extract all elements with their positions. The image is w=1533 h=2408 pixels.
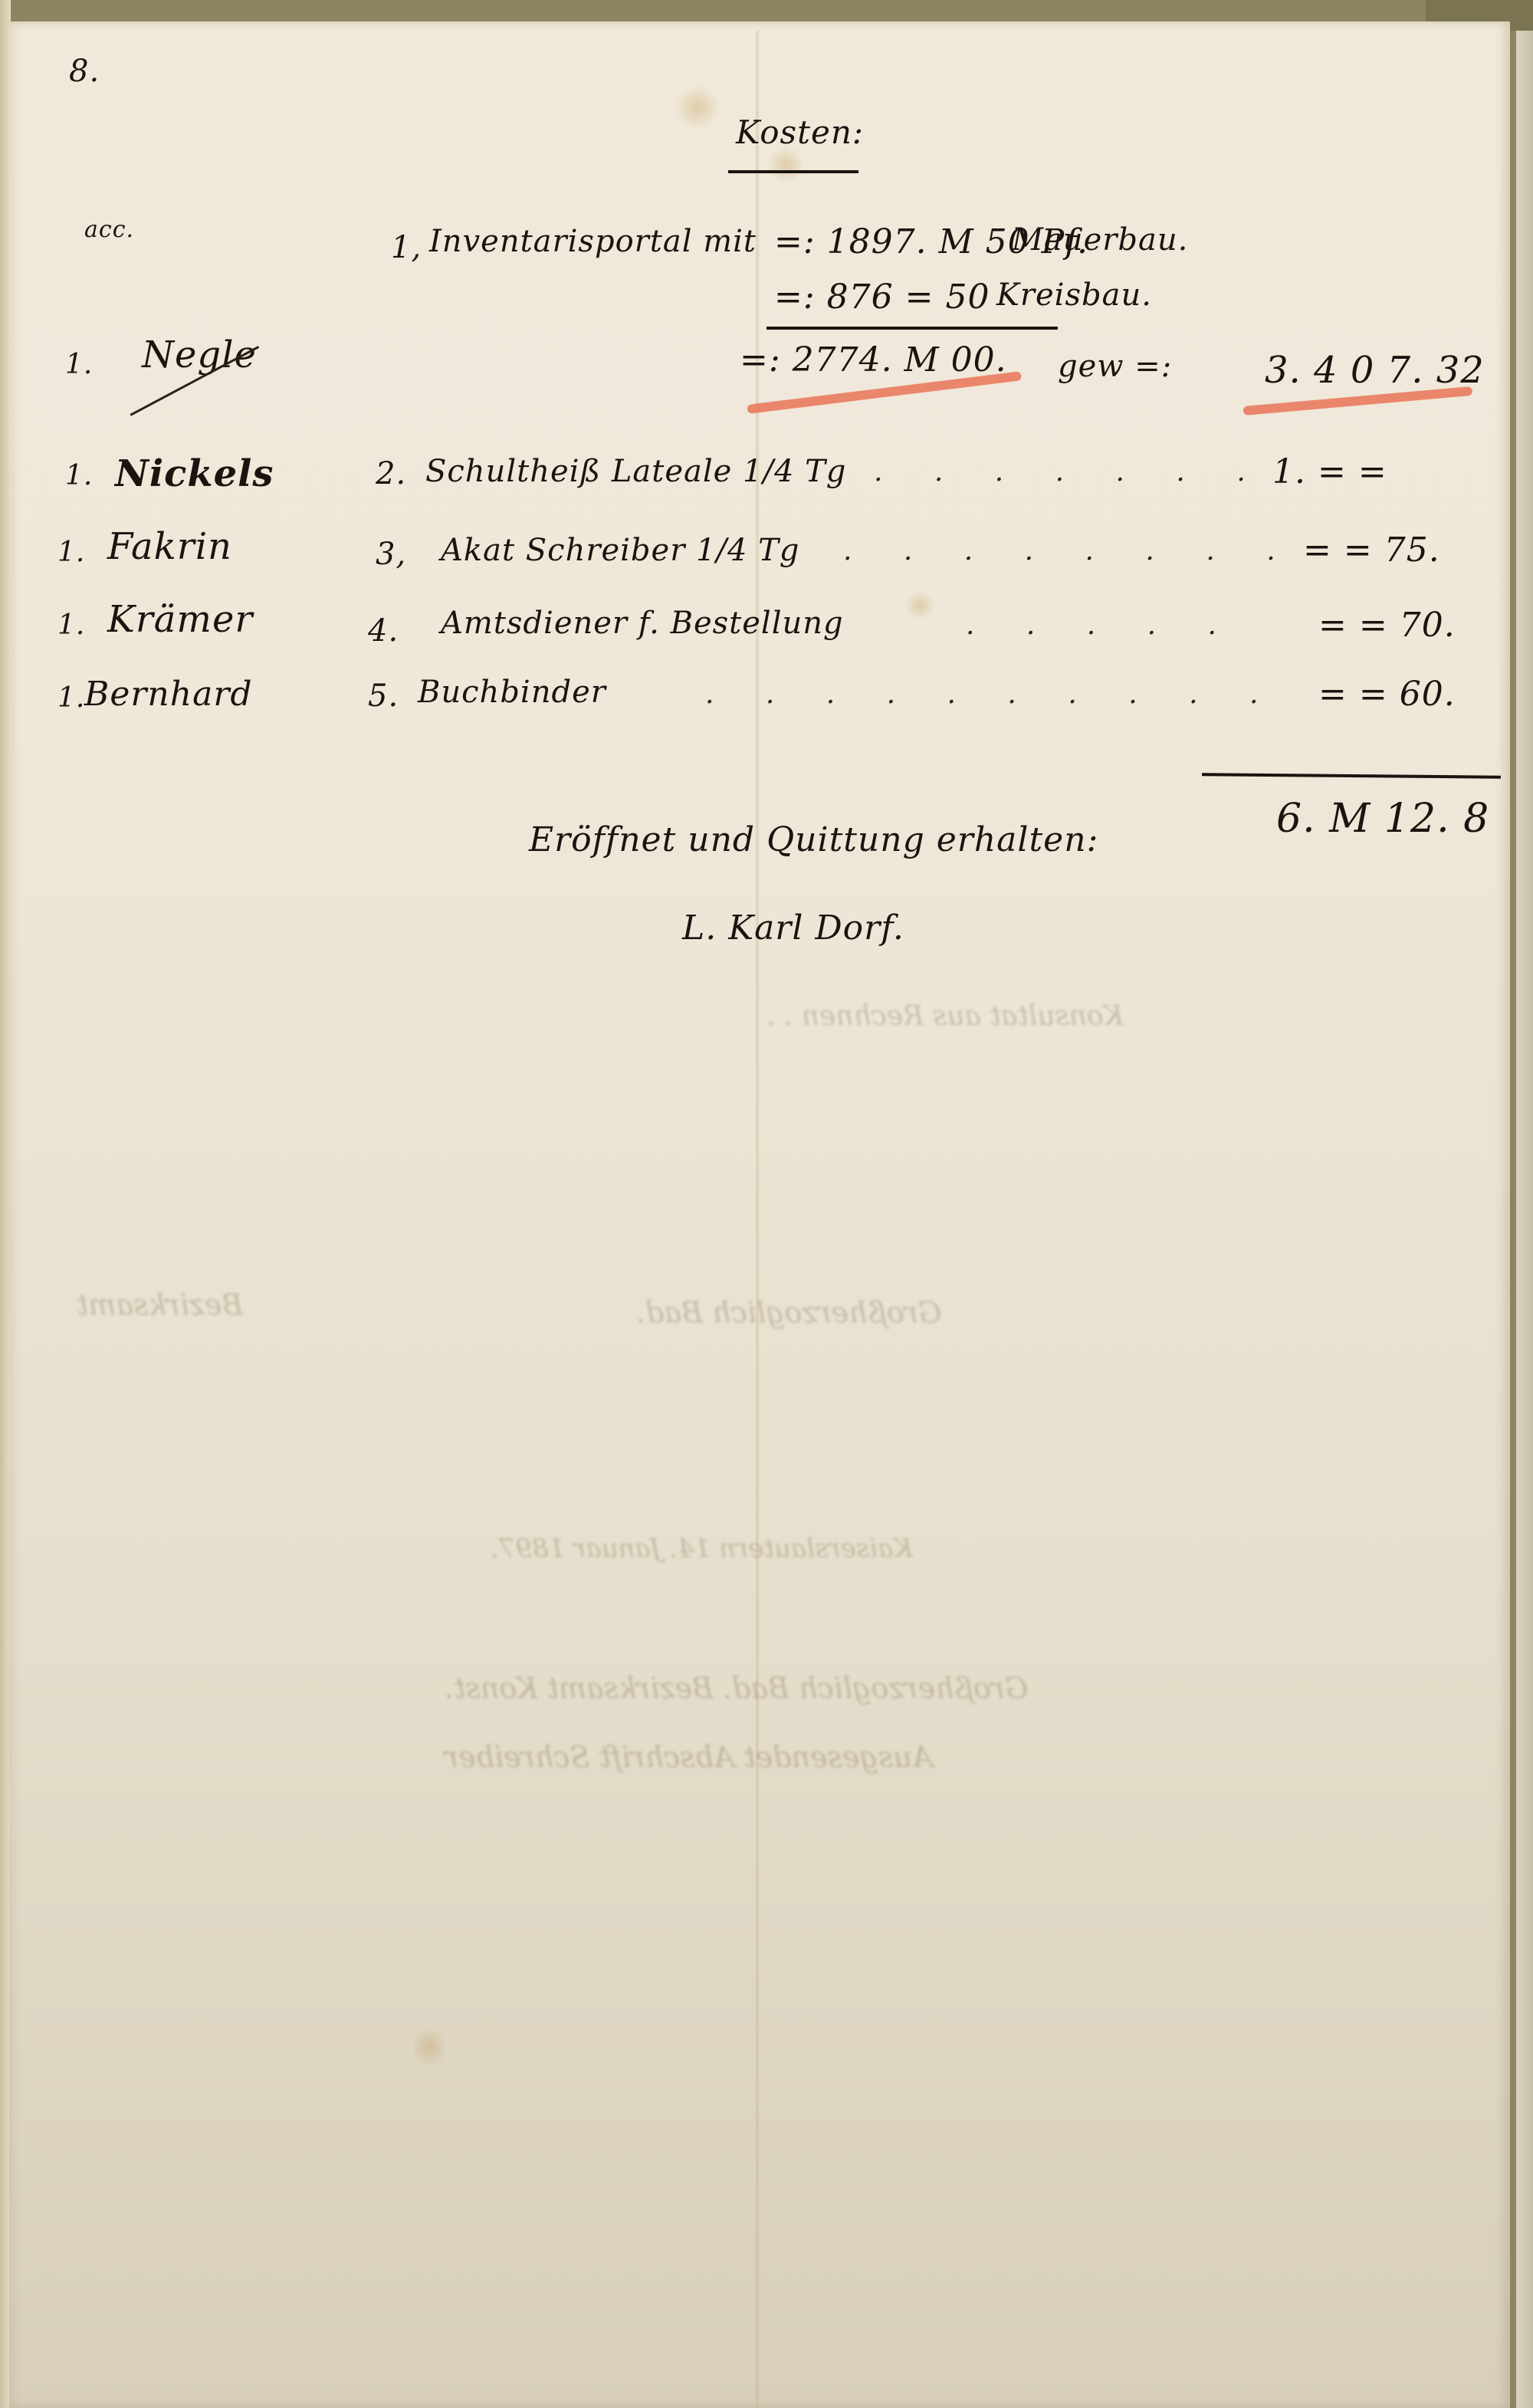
leader-dots: . . . . . <box>966 609 1238 641</box>
item-3-signature: Fakrin <box>107 525 232 568</box>
item-3-description: Akat Schreiber 1/4 Tg <box>441 533 799 568</box>
item-1-number: 1, <box>391 230 422 265</box>
item-3-number: 3, <box>376 537 406 572</box>
item-2-signature: Nickels <box>115 452 274 495</box>
paper-fold-line <box>755 31 760 2407</box>
closing-statement: Eröffnet und Quittung erhalten: <box>529 820 1098 859</box>
paper-stain <box>904 590 935 621</box>
grand-total: 6. M 12. 8 <box>1276 796 1489 842</box>
page-number: 8. <box>69 54 100 89</box>
bleed-through-text: Großherzoglich Bad. Bezirksamt Konst. <box>445 1671 1028 1705</box>
paper-stain <box>766 146 805 184</box>
bleed-through-text: Großherzoglich Bad. <box>636 1296 941 1329</box>
item-1-subtotal: =: 2774. M 00. <box>740 340 1007 379</box>
item-2-number: 2. <box>376 456 406 491</box>
paper-stain <box>414 2024 445 2070</box>
leader-dots: . . . . . . . . . . <box>705 678 1279 710</box>
item-3-amount: = = 75. <box>1303 531 1440 570</box>
margin-note: acc. <box>84 216 134 243</box>
document-title: Kosten: <box>736 113 864 151</box>
item-1-subline-2-label: Kreisbau. <box>996 278 1152 313</box>
paper-stain <box>675 84 721 130</box>
subtotal-rule <box>766 327 1058 330</box>
item-1-amount: 3. 4 0 7. 32 <box>1265 349 1485 392</box>
item-5-description: Buchbinder <box>418 675 606 710</box>
leader-dots: . . . . . . . . <box>843 535 1297 567</box>
item-2-amount: 1. = = <box>1272 452 1387 491</box>
closing-signature: L. Karl Dorf. <box>682 908 904 948</box>
next-page-edge <box>1516 31 1533 2408</box>
bleed-through-text: Bezirksamt <box>77 1288 243 1322</box>
item-1-description: Inventarisportal mit <box>429 224 757 259</box>
item-2-marker: 1. <box>65 460 93 491</box>
item-1-subline-1-label: Mauerbau. <box>1012 222 1188 258</box>
leader-dots: . . . . . . . <box>874 456 1267 488</box>
item-5-amount: = = 60. <box>1318 675 1456 714</box>
item-1-subtotal-note: gew =: <box>1058 349 1172 384</box>
bleed-through-text: Kaiserslautern 14. Januar 1897. <box>491 1533 913 1564</box>
item-1-marker: 1. <box>65 349 93 380</box>
bleed-through-text: Konsultat aus Rechnen . . <box>766 1000 1124 1032</box>
item-5-marker: 1. <box>57 682 85 714</box>
item-1-subline-2-value: =: 876 = 50 <box>774 278 990 317</box>
item-4-signature: Krämer <box>107 598 253 641</box>
item-4-amount: = = 70. <box>1318 606 1456 645</box>
item-4-description: Amtsdiener f. Bestellung <box>441 606 844 641</box>
bleed-through-text: Ausgesendet Abschrift Schreiber <box>445 1740 933 1774</box>
item-5-signature: Bernhard <box>84 675 253 714</box>
item-4-marker: 1. <box>57 609 85 641</box>
item-2-description: Schultheiß Lateale 1/4 Tg <box>425 454 846 489</box>
item-4-number: 4. <box>368 613 399 649</box>
item-3-marker: 1. <box>57 537 85 568</box>
title-underline <box>728 170 858 173</box>
item-5-number: 5. <box>368 678 399 714</box>
